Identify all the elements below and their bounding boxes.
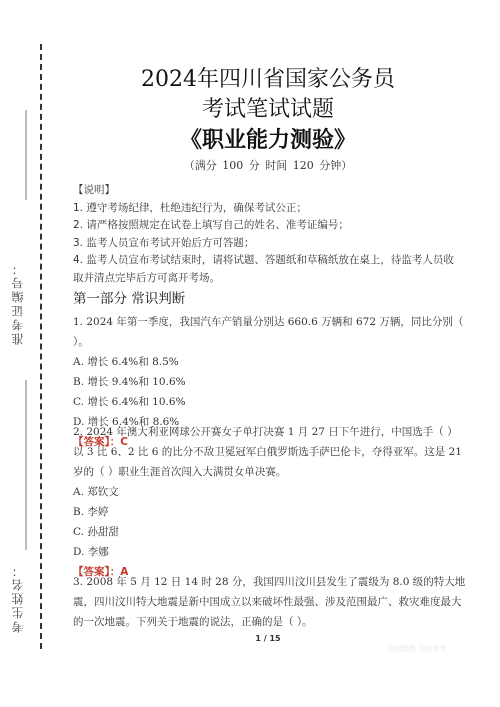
option-b: B. 李婷 [73, 502, 468, 522]
binding-dashed-line [40, 44, 42, 649]
candidate-name-label: 考生姓名： [9, 553, 25, 633]
title-line-1: 2024年四川省国家公务员 [73, 62, 463, 93]
title-line-3: 《职业能力测验》 [73, 123, 463, 154]
page-number: 1 / 15 [73, 634, 463, 643]
option-b: B. 增长 9.4%和 10.6% [73, 372, 468, 392]
exam-number-label: 准考证编号： [9, 245, 25, 345]
option-c: C. 孙甜甜 [73, 522, 468, 542]
question-stem: 3. 2008 年 5 月 12 日 14 时 28 分，我国四川汶川县发生了震… [73, 572, 468, 632]
option-c: C. 增长 6.4%和 10.6% [73, 392, 468, 412]
option-d: D. 李娜 [73, 542, 468, 562]
question-3: 3. 2008 年 5 月 12 日 14 时 28 分，我国四川汶川县发生了震… [73, 572, 468, 632]
title-line-2: 考试笔试试题 [73, 92, 463, 123]
instruction-item: 3. 监考人员宣布考试开始后方可答题； [73, 235, 463, 253]
instructions-title: 【说明】 [73, 182, 463, 200]
option-a: A. 郑钦文 [73, 482, 468, 502]
instruction-item: 2. 请严格按照规定在试卷上填写自己的姓名、准考证编号； [73, 217, 463, 235]
question-stem: 1. 2024 年第一季度，我国汽车产销量分别达 660.6 万辆和 672 万… [73, 312, 468, 352]
watermark: 原创整理 仅供参考 [388, 644, 446, 654]
instruction-item: 1. 遵守考场纪律，杜绝违纪行为，确保考试公正； [73, 200, 463, 218]
section-title: 第一部分 常识判断 [73, 287, 185, 307]
instruction-item: 4. 监考人员宣布考试结束时，请将试题、答题纸和草稿纸放在桌上，待监考人员收取并… [73, 252, 463, 287]
question-2: 2. 2024 年澳大利亚网球公开赛女子单打决赛 1 月 27 日下午进行，中国… [73, 422, 468, 582]
exam-subtitle: （满分 100 分 时间 120 分钟） [73, 157, 463, 173]
binding-solid-line [25, 110, 27, 200]
question-stem: 2. 2024 年澳大利亚网球公开赛女子单打决赛 1 月 27 日下午进行，中国… [73, 422, 468, 482]
binding-solid-line [25, 380, 27, 550]
instructions: 【说明】 1. 遵守考场纪律，杜绝违纪行为，确保考试公正； 2. 请严格按照规定… [73, 182, 463, 287]
option-a: A. 增长 6.4%和 8.5% [73, 352, 468, 372]
